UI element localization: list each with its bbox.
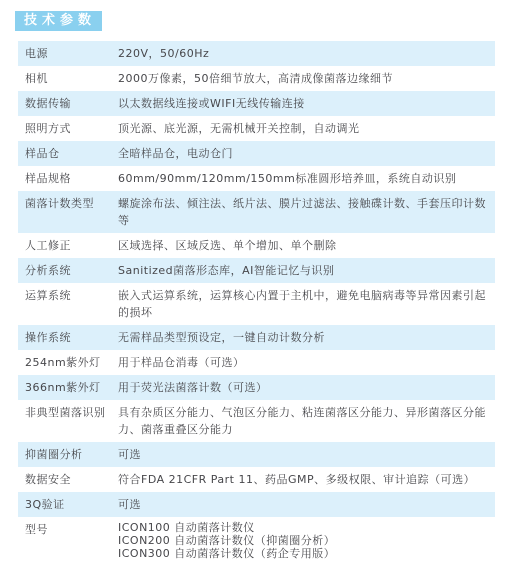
table-row: 相机2000万像素，50倍细节放大，高清成像菌落边缘细节 [18,66,495,91]
spec-label: 照明方式 [18,120,118,137]
spec-label: 样品仓 [18,145,118,162]
spec-value: Sanitized菌落形态库，AI智能记忆与识别 [118,262,495,279]
spec-label: 操作系统 [18,329,118,346]
spec-label: 3Q验证 [18,496,118,513]
spec-value: 具有杂质区分能力、气泡区分能力、粘连菌落区分能力、异形菌落区分能力、菌落重叠区分… [118,404,495,438]
spec-label: 运算系统 [18,287,118,304]
table-row: 抑菌圈分析可选 [18,442,495,467]
table-row: 样品规格60mm/90mm/120mm/150mm标准圆形培养皿，系统自动识别 [18,166,495,191]
table-row: 人工修正区域选择、区域反选、单个增加、单个删除 [18,233,495,258]
spec-label: 电源 [18,45,118,62]
spec-label: 型号 [18,521,118,538]
table-row: 数据安全符合FDA 21CFR Part 11、药品GMP、多级权限、审计追踪（… [18,467,495,492]
spec-value: 全暗样品仓，电动仓门 [118,145,495,162]
spec-value: 顶光源、底光源，无需机械开关控制，自动调光 [118,120,495,137]
spec-value: 以太数据线连接或WIFI无线传输连接 [118,95,495,112]
spec-value: ICON100 自动菌落计数仪ICON200 自动菌落计数仪（抑菌圈分析）ICO… [118,521,495,560]
table-row: 菌落计数类型螺旋涂布法、倾注法、纸片法、膜片过滤法、接触碟计数、手套压印计数等 [18,191,495,233]
spec-value-line: ICON200 自动菌落计数仪（抑菌圈分析） [118,534,491,547]
section-title: 技术参数 [24,13,96,28]
spec-label: 抑菌圈分析 [18,446,118,463]
spec-value: 2000万像素，50倍细节放大，高清成像菌落边缘细节 [118,70,495,87]
spec-label: 相机 [18,70,118,87]
spec-value: 用于样品仓消毒（可选） [118,354,495,371]
spec-value: 用于荧光法菌落计数（可选） [118,379,495,396]
table-row: 型号ICON100 自动菌落计数仪ICON200 自动菌落计数仪（抑菌圈分析）I… [18,517,495,562]
tech-spec-sheet: 技术参数 电源220V，50/60Hz相机2000万像素，50倍细节放大，高清成… [0,0,516,562]
table-row: 样品仓全暗样品仓，电动仓门 [18,141,495,166]
spec-label: 非典型菌落识别 [18,404,118,421]
spec-value: 符合FDA 21CFR Part 11、药品GMP、多级权限、审计追踪（可选） [118,471,495,488]
table-row: 照明方式顶光源、底光源，无需机械开关控制，自动调光 [18,116,495,141]
table-row: 电源220V，50/60Hz [18,41,495,66]
section-title-badge: 技术参数 [15,11,102,31]
spec-label: 菌落计数类型 [18,195,118,212]
spec-value-line: ICON100 自动菌落计数仪 [118,521,491,534]
spec-value: 60mm/90mm/120mm/150mm标准圆形培养皿，系统自动识别 [118,170,495,187]
table-row: 数据传输以太数据线连接或WIFI无线传输连接 [18,91,495,116]
spec-value: 可选 [118,446,495,463]
spec-value: 螺旋涂布法、倾注法、纸片法、膜片过滤法、接触碟计数、手套压印计数等 [118,195,495,229]
spec-label: 数据安全 [18,471,118,488]
table-row: 3Q验证可选 [18,492,495,517]
table-row: 分析系统Sanitized菌落形态库，AI智能记忆与识别 [18,258,495,283]
spec-label: 样品规格 [18,170,118,187]
spec-label: 分析系统 [18,262,118,279]
table-row: 366nm紫外灯用于荧光法菌落计数（可选） [18,375,495,400]
spec-value: 无需样品类型预设定，一键自动计数分析 [118,329,495,346]
spec-table: 电源220V，50/60Hz相机2000万像素，50倍细节放大，高清成像菌落边缘… [18,41,495,562]
spec-label: 数据传输 [18,95,118,112]
spec-value: 可选 [118,496,495,513]
spec-label: 人工修正 [18,237,118,254]
spec-value: 区域选择、区域反选、单个增加、单个删除 [118,237,495,254]
table-row: 运算系统嵌入式运算系统，运算核心内置于主机中，避免电脑病毒等异常因素引起的损坏 [18,283,495,325]
spec-value: 220V，50/60Hz [118,45,495,62]
table-row: 非典型菌落识别具有杂质区分能力、气泡区分能力、粘连菌落区分能力、异形菌落区分能力… [18,400,495,442]
spec-label: 366nm紫外灯 [18,379,118,396]
spec-label: 254nm紫外灯 [18,354,118,371]
table-row: 254nm紫外灯用于样品仓消毒（可选） [18,350,495,375]
spec-value: 嵌入式运算系统，运算核心内置于主机中，避免电脑病毒等异常因素引起的损坏 [118,287,495,321]
spec-value-line: ICON300 自动菌落计数仪（药企专用版） [118,547,491,560]
table-row: 操作系统无需样品类型预设定，一键自动计数分析 [18,325,495,350]
